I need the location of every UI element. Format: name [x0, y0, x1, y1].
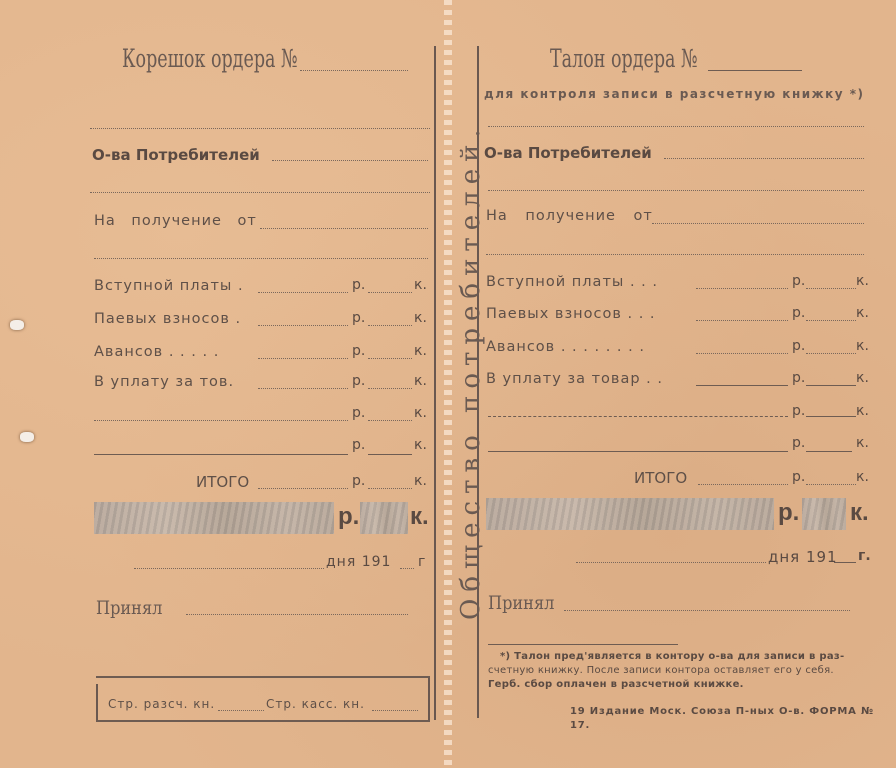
- rub-label: р.: [352, 373, 365, 389]
- stub-society-label: О-ва Потребителей: [92, 146, 260, 164]
- coupon-accepted-label: Принял: [488, 592, 554, 614]
- stub-blank-line[interactable]: [90, 128, 430, 129]
- coupon-total-rub-field[interactable]: [698, 484, 788, 485]
- rub-label: р.: [792, 273, 805, 289]
- stub-row-kop-field[interactable]: [368, 454, 412, 455]
- stub-total-kop-field[interactable]: [368, 488, 412, 489]
- rub-label: р.: [792, 403, 805, 419]
- box-top-border: [96, 676, 430, 678]
- binding-hole-bottom: [20, 432, 34, 442]
- coupon-row-rub-field[interactable]: [696, 353, 788, 354]
- spine-society-text: Общество потребителей.: [456, 122, 486, 620]
- coupon-row-label: Вступной платы . . .: [486, 274, 658, 290]
- coupon-row-blank-field[interactable]: [488, 451, 788, 452]
- perforation-line[interactable]: [444, 0, 452, 768]
- coupon-date-label: дня 191: [768, 548, 838, 566]
- coupon-receipt-from-label: На получение от: [486, 208, 653, 224]
- stub-total-rub-field[interactable]: [258, 488, 348, 489]
- coupon-row-rub-field[interactable]: [696, 320, 788, 321]
- stub-row-label: В уплату за тов.: [94, 374, 234, 390]
- kop-label: к.: [856, 305, 869, 321]
- coupon-row-rub-field[interactable]: [696, 288, 788, 289]
- rub-label: р.: [792, 338, 805, 354]
- coupon-title: Талон ордера №: [550, 44, 698, 73]
- stub-cash-book-label: Стр. касс. кн.: [266, 697, 365, 711]
- coupon-row-kop-field[interactable]: [806, 416, 856, 417]
- coupon-row-kop-field[interactable]: [806, 320, 856, 321]
- coupon-row-kop-field[interactable]: [806, 288, 856, 289]
- coupon-imprint: 19 Издание Моск. Союза П-ных О-в. ФОРМА …: [570, 705, 896, 733]
- coupon-amount-stamp-kop: [802, 498, 846, 530]
- kop-label: к.: [414, 437, 427, 453]
- stub-row-kop-field[interactable]: [368, 388, 412, 389]
- coupon-total-kop-field[interactable]: [806, 484, 856, 485]
- stub-date-year-field[interactable]: [400, 568, 414, 569]
- stub-row-label: Вступной платы .: [94, 278, 244, 294]
- coupon-accepted-field[interactable]: [564, 610, 850, 611]
- stamp-kop-label: к.: [850, 499, 869, 527]
- coupon-order-number-field[interactable]: [708, 70, 802, 71]
- stub-accepted-label: Принял: [96, 597, 162, 619]
- box-left-border: [96, 684, 98, 720]
- stub-blank-line-3[interactable]: [94, 258, 428, 259]
- kop-label: к.: [414, 343, 427, 359]
- kop-label: к.: [414, 473, 427, 489]
- coupon-footnote: *) Талон пред'является в контору о-ва дл…: [488, 650, 868, 692]
- coupon-row-rub-field[interactable]: [696, 385, 788, 386]
- stub-row-rub-field[interactable]: [258, 388, 348, 389]
- coupon-row-kop-field[interactable]: [806, 385, 856, 386]
- rub-label: р.: [352, 343, 365, 359]
- stub-row-kop-field[interactable]: [368, 292, 412, 293]
- binding-hole-top: [10, 320, 24, 330]
- coupon-subtitle: для контроля записи в разсчетную книжку …: [484, 87, 865, 101]
- coupon-blank-line-2[interactable]: [488, 190, 864, 191]
- coupon-date-suffix: г.: [858, 548, 871, 564]
- stub-amount-stamp-rub: [94, 502, 334, 534]
- stub-row-kop-field[interactable]: [368, 325, 412, 326]
- stub-date-suffix: г: [418, 554, 425, 570]
- stub-order-number-field[interactable]: [300, 70, 408, 71]
- stub-accepted-field[interactable]: [186, 614, 408, 615]
- stub-receipt-from-label: На получение от: [94, 213, 257, 229]
- coupon-amount-stamp-rub: [486, 498, 774, 530]
- coupon-row-label: Авансов . . . . . . . .: [486, 339, 645, 355]
- stub-row-kop-field[interactable]: [368, 358, 412, 359]
- kop-label: к.: [856, 469, 869, 485]
- rub-label: р.: [352, 310, 365, 326]
- coupon-total-label: ИТОГО: [634, 469, 687, 487]
- kop-label: к.: [856, 435, 869, 451]
- coupon-row-label: Паевых взносов . . .: [486, 306, 656, 322]
- rub-label: р.: [352, 437, 365, 453]
- stub-receipt-from-field[interactable]: [260, 228, 428, 229]
- coupon-row-kop-field[interactable]: [806, 451, 852, 452]
- kop-label: к.: [414, 310, 427, 326]
- footnote-separator: [488, 644, 678, 645]
- coupon-row-label: В уплату за товар . .: [486, 371, 663, 387]
- stub-row-label: Паевых взносов .: [94, 311, 241, 327]
- stamp-rub-label: р.: [778, 499, 799, 527]
- footnote-line: *) Талон пред'является в контору о-ва дл…: [488, 650, 868, 664]
- kop-label: к.: [414, 373, 427, 389]
- kop-label: к.: [414, 405, 427, 421]
- stub-row-rub-field[interactable]: [258, 292, 348, 293]
- rub-label: р.: [792, 370, 805, 386]
- kop-label: к.: [856, 338, 869, 354]
- rub-label: р.: [352, 277, 365, 293]
- box-right-border: [428, 678, 430, 720]
- stub-amount-stamp-kop: [360, 502, 408, 534]
- rub-label: р.: [792, 435, 805, 451]
- kop-label: к.: [856, 273, 869, 289]
- coupon-date-year-field[interactable]: [834, 562, 856, 563]
- rub-label: р.: [352, 405, 365, 421]
- coupon-date-day-field[interactable]: [576, 562, 766, 563]
- stamp-rub-label: р.: [338, 503, 359, 531]
- stub-row-label: Авансов . . . . .: [94, 344, 219, 360]
- stub-right-border: [434, 46, 436, 720]
- stub-title: Корешок ордера №: [122, 44, 298, 73]
- rub-label: р.: [352, 473, 365, 489]
- stamp-kop-label: к.: [410, 503, 429, 531]
- stub-row-kop-field[interactable]: [368, 420, 412, 421]
- kop-label: к.: [856, 370, 869, 386]
- stub-total-label: ИТОГО: [196, 473, 249, 491]
- coupon-society-label: О-ва Потребителей: [484, 144, 652, 162]
- stub-row-blank-field[interactable]: [94, 454, 348, 455]
- coupon-blank-line-3[interactable]: [486, 254, 864, 255]
- footnote-line: счетную книжку. После записи контора ост…: [488, 664, 868, 678]
- stub-row-blank-field[interactable]: [94, 420, 348, 421]
- stub-society-field[interactable]: [272, 160, 428, 161]
- stub-row-rub-field[interactable]: [258, 325, 348, 326]
- kop-label: к.: [856, 403, 869, 419]
- kop-label: к.: [414, 277, 427, 293]
- stub-cash-book-field[interactable]: [372, 710, 418, 711]
- stub-date-label: дня 191: [326, 554, 391, 570]
- coupon-society-field[interactable]: [664, 158, 864, 159]
- rub-label: р.: [792, 469, 805, 485]
- stub-date-day-field[interactable]: [134, 568, 324, 569]
- stub-blank-line-2[interactable]: [90, 192, 430, 193]
- box-bottom-border: [96, 720, 430, 722]
- footnote-line: Герб. сбор оплачен в разсчетной книжке.: [488, 678, 868, 692]
- stub-settlement-book-field[interactable]: [218, 710, 264, 711]
- coupon-row-blank-field[interactable]: [488, 416, 788, 417]
- stub-settlement-book-label: Стр. разсч. кн.: [108, 697, 215, 711]
- coupon-blank-line[interactable]: [488, 126, 864, 127]
- stub-row-rub-field[interactable]: [258, 358, 348, 359]
- coupon-row-kop-field[interactable]: [806, 353, 856, 354]
- coupon-receipt-from-field[interactable]: [652, 223, 864, 224]
- rub-label: р.: [792, 305, 805, 321]
